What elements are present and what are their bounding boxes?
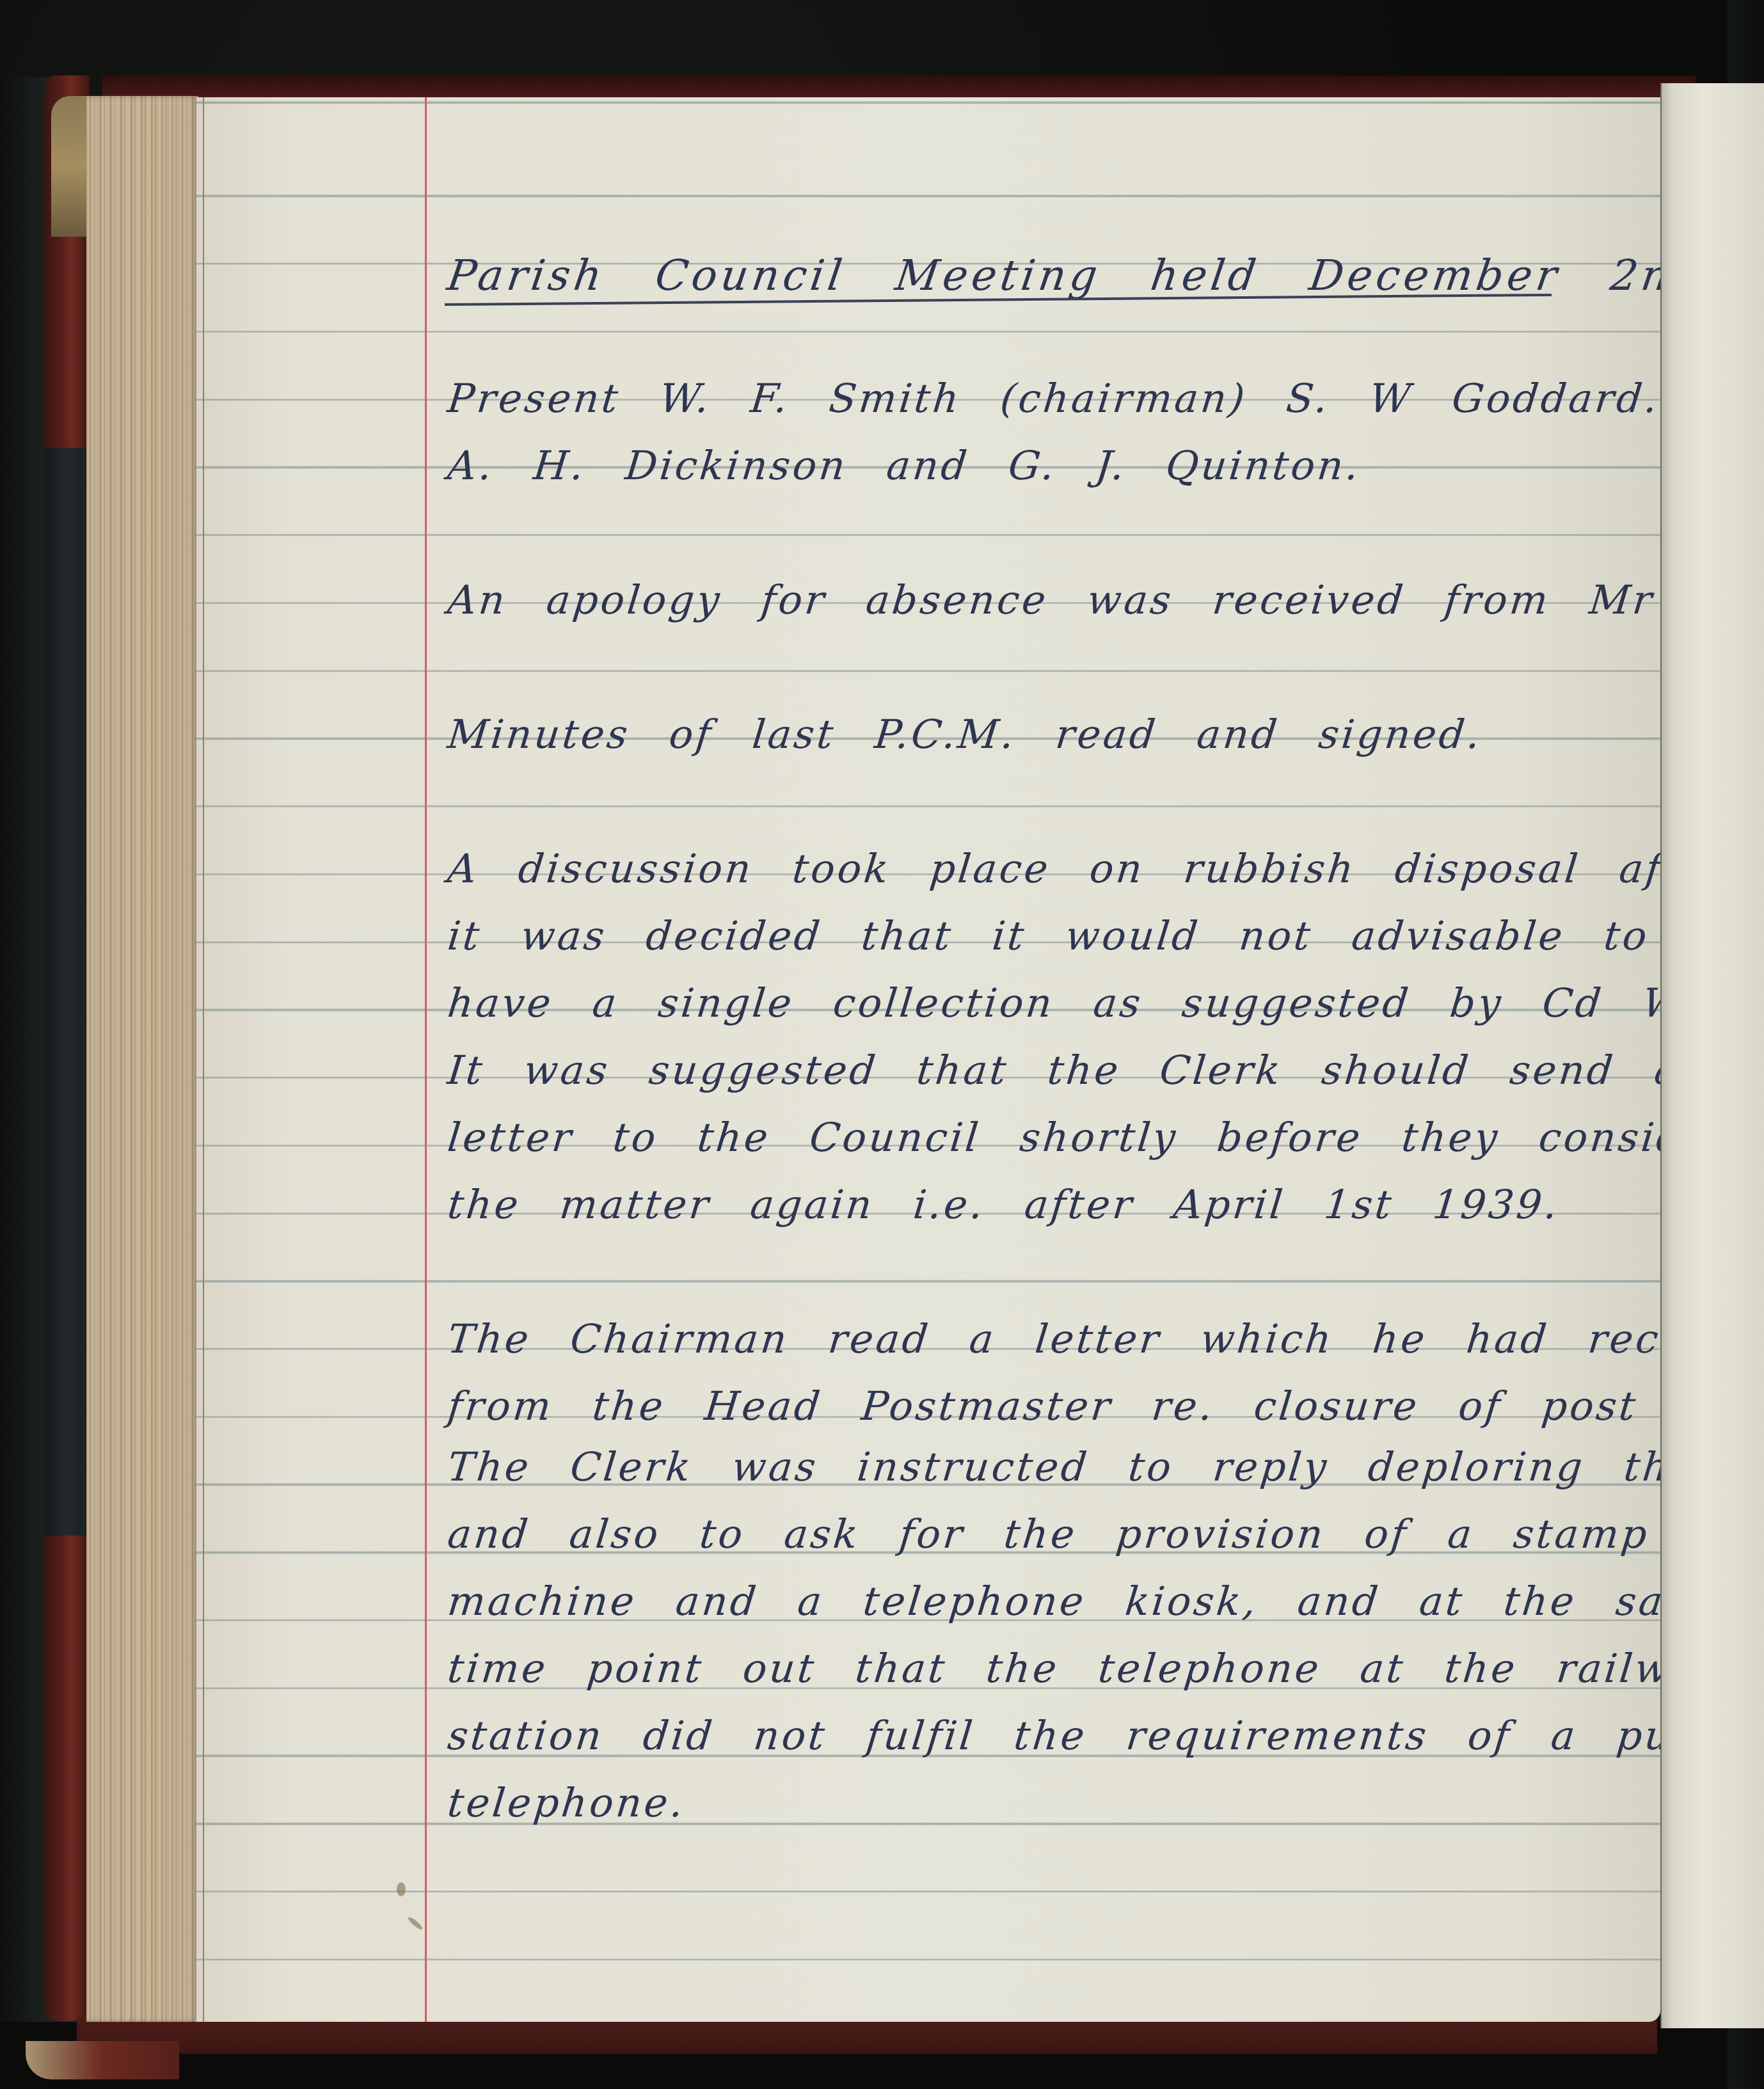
handwritten-text: Parish Council Meeting held December 2nd…	[195, 97, 1660, 2022]
postoffice-line-3: The Clerk was instructed to reply deplor…	[446, 1447, 1660, 1487]
cloth-spine	[45, 448, 90, 1536]
postoffice-line-2: from the Head Postmaster re. closure of …	[446, 1386, 1660, 1426]
facing-page	[1660, 83, 1764, 2028]
postoffice-line-1: The Chairman read a letter which he had …	[446, 1319, 1660, 1359]
rubbish-line-3: have a single collection as suggested by…	[446, 983, 1660, 1023]
postoffice-line-7: station did not fulfil the requirements …	[446, 1716, 1660, 1756]
paper-stain	[397, 1882, 406, 1896]
worn-corner-bottom	[26, 2041, 179, 2079]
postoffice-line-6: time point out that the telephone at the…	[446, 1649, 1660, 1688]
minute-book-page: Parish Council Meeting held December 2nd…	[195, 97, 1660, 2022]
postoffice-line-4: and also to ask for the provision of a s…	[446, 1514, 1651, 1554]
rubbish-line-5: letter to the Council shortly before the…	[446, 1118, 1660, 1157]
cover-top-edge	[102, 75, 1696, 99]
rubbish-line-6: the matter again i.e. after April 1st 19…	[446, 1185, 1562, 1225]
stacked-page-edges	[86, 96, 198, 2022]
apology-line: An apology for absence was received from…	[446, 580, 1660, 620]
present-line-2: A. H. Dickinson and G. J. Quinton.	[446, 446, 1363, 486]
minutes-line: Minutes of last P.C.M. read and signed.	[446, 715, 1484, 754]
rubbish-line-2: it was decided that it would not advisab…	[446, 916, 1651, 956]
rubbish-line-1: A discussion took place on rubbish dispo…	[446, 849, 1660, 889]
present-line-1: Present W. F. Smith (chairman) S. W Godd…	[446, 379, 1660, 418]
postoffice-line-5: machine and a telephone kiosk, and at th…	[446, 1582, 1660, 1621]
rubbish-line-4: It was suggested that the Clerk should s…	[446, 1051, 1660, 1090]
meeting-heading: Parish Council Meeting held December 2nd…	[445, 251, 1660, 300]
postoffice-line-8: telephone.	[446, 1783, 688, 1823]
